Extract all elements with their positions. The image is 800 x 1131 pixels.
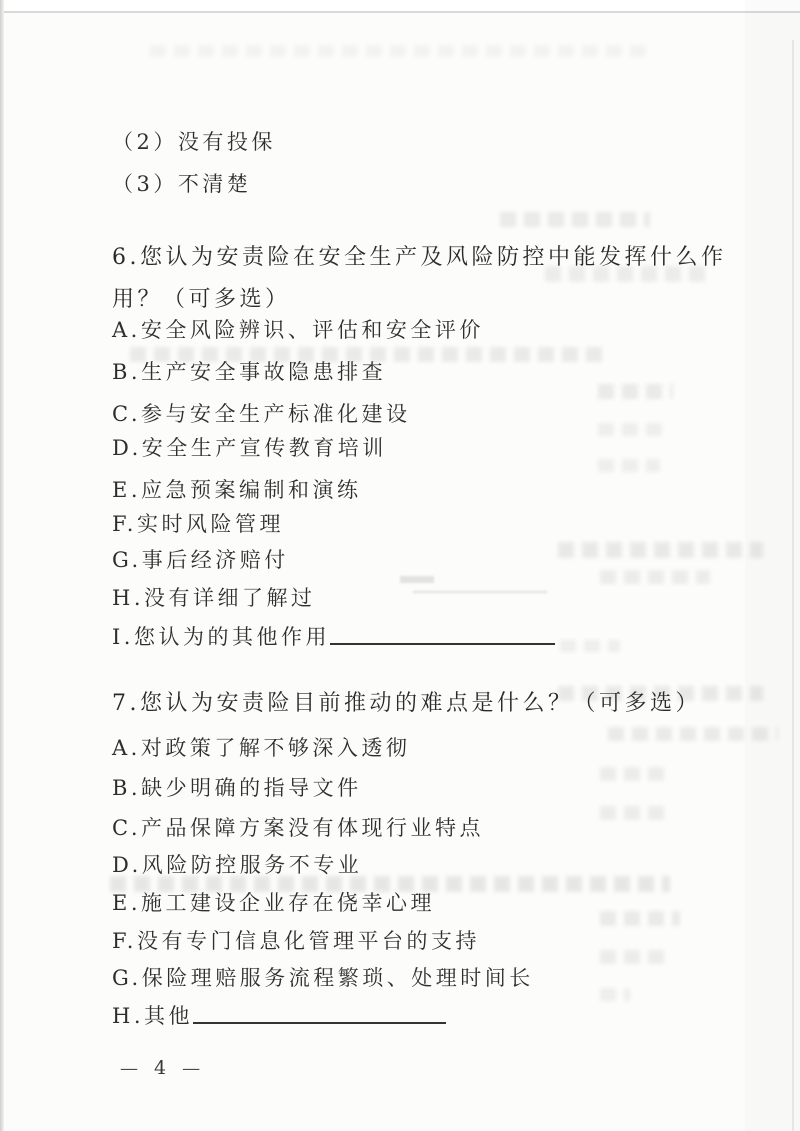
fill-in-blank xyxy=(330,639,555,645)
question-6-title-line2: 用？（可多选） xyxy=(112,288,291,312)
question-7-option-e: E.施工建设企业存在侥幸心理 xyxy=(112,891,435,915)
question-7-option-c: C.产品保障方案没有体现行业特点 xyxy=(112,816,484,840)
question-7-option-d: D.风险防控服务不专业 xyxy=(112,853,362,877)
bleedthrough-artifact xyxy=(110,876,670,892)
scan-right-edge-line xyxy=(792,40,794,1131)
question-6-option-i: I.您认为的其他作用 xyxy=(112,625,555,649)
scan-top-strip xyxy=(0,0,800,11)
bleedthrough-artifact xyxy=(600,767,672,781)
question-6-option-e: E.应急预案编制和演练 xyxy=(112,478,362,502)
scan-left-edge xyxy=(0,0,4,1131)
question-7-title: 7.您认为安责险目前推动的难点是什么？（可多选） xyxy=(112,692,701,716)
bleedthrough-artifact xyxy=(598,459,660,472)
question-7-option-h-label: H.其他 xyxy=(112,1004,193,1028)
page-footer: — 4 — xyxy=(120,1057,200,1079)
question-6-option-b: B.生产安全事故隐患排查 xyxy=(112,360,386,384)
answer-option-2: （2）没有投保 xyxy=(112,130,276,154)
bleedthrough-artifact xyxy=(500,212,650,227)
fill-in-blank xyxy=(193,1018,446,1024)
question-6-option-h: H.没有详细了解过 xyxy=(112,586,316,610)
question-6-option-a: A.安全风险辨识、评估和安全评价 xyxy=(112,318,484,342)
scan-top-edge-line xyxy=(0,11,800,13)
question-6-title-line1: 6.您认为安责险在安全生产及风险防控中能发挥什么作 xyxy=(112,246,727,270)
bleedthrough-artifact xyxy=(600,950,672,964)
question-6-option-d: D.安全生产宣传教育培训 xyxy=(112,436,387,460)
bleedthrough-artifact xyxy=(598,384,673,399)
question-7-option-a: A.对政策了解不够深入透彻 xyxy=(112,736,410,760)
question-7-option-h: H.其他 xyxy=(112,1004,446,1028)
bleedthrough-artifact xyxy=(558,542,763,558)
bleedthrough-artifact xyxy=(600,806,672,820)
bleedthrough-artifact xyxy=(560,640,620,652)
scanned-document-page: （2）没有投保 （3）不清楚 6.您认为安责险在安全生产及风险防控中能发挥什么作… xyxy=(0,0,800,1131)
question-7-option-g: G.保险理赔服务流程繁琐、处理时间长 xyxy=(112,966,534,990)
question-7-option-b: B.缺少明确的指导文件 xyxy=(112,776,362,800)
bleedthrough-artifact xyxy=(150,45,650,57)
page-number: 4 xyxy=(154,1057,166,1079)
footer-left-dash: — xyxy=(120,1058,138,1079)
bleedthrough-artifact xyxy=(600,988,630,1001)
question-6-option-g: G.事后经济赔付 xyxy=(112,548,289,572)
question-6-option-c: C.参与安全生产标准化建设 xyxy=(112,402,411,426)
question-6-option-i-label: I.您认为的其他作用 xyxy=(112,625,330,649)
question-7-option-f: F.没有专门信息化管理平台的支持 xyxy=(112,929,480,953)
answer-option-3: （3）不清楚 xyxy=(112,172,251,196)
footer-right-dash: — xyxy=(182,1058,200,1079)
question-6-option-f: F.实时风险管理 xyxy=(112,512,284,536)
bleedthrough-artifact xyxy=(413,591,547,593)
bleedthrough-artifact xyxy=(598,423,664,436)
bleedthrough-artifact xyxy=(400,576,434,583)
bleedthrough-artifact xyxy=(600,911,680,926)
bleedthrough-artifact xyxy=(600,570,710,584)
